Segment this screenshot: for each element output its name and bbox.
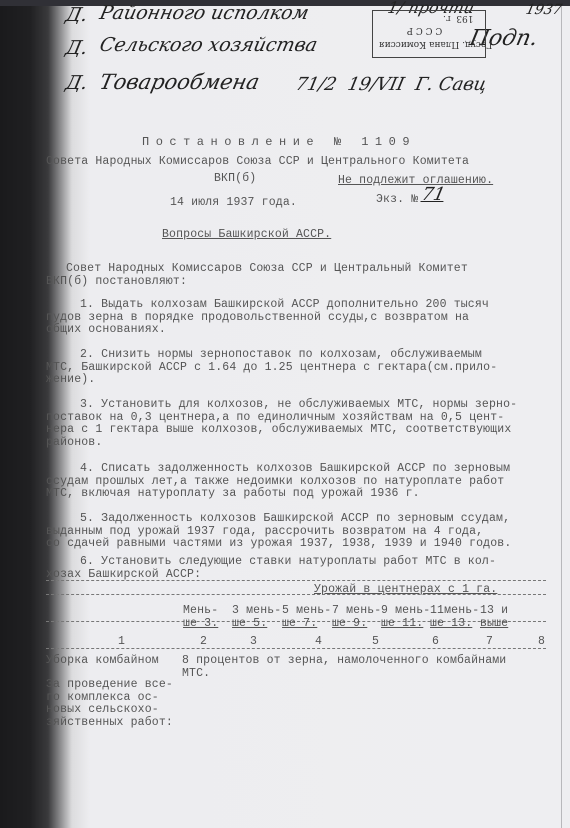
stamp-line-1: Госуд. Плана Комиссия <box>379 39 492 49</box>
registry-stamp: Госуд. Плана Комиссия С С С Р 193 г. <box>372 10 486 58</box>
stamp-line-3: 193 г. <box>443 13 473 23</box>
preamble-line-1: Совет Народных Комиссаров Союза ССР и Це… <box>66 262 468 276</box>
row-1-label-line-1: Уборка комбайном <box>46 654 159 668</box>
handwritten-year-mark: 1937 <box>524 2 563 18</box>
table-rule-top <box>46 580 546 581</box>
item-3-line-3: нера с 1 гектара выше колхозов, обслужив… <box>46 423 511 437</box>
column-number-1: 1 <box>118 635 125 649</box>
row-2-label-line-4: зяйственных работ: <box>46 716 173 730</box>
column-number-5: 5 <box>372 635 379 649</box>
preamble-line-2: ВКП(б) постановляют: <box>46 275 187 289</box>
column-header-top-5: 9 мень- <box>381 604 430 618</box>
document-date: 14 июля 1937 года. <box>170 196 297 210</box>
stamp-line-2: С С С Р <box>407 25 442 35</box>
page-right-edge <box>561 6 562 828</box>
issuer-line-2: ВКП(б) <box>214 172 256 186</box>
column-number-6: 6 <box>432 635 439 649</box>
issuer-line-1: Совета Народных Комиссаров Союза ССР и Ц… <box>46 155 469 169</box>
column-header-top-2: 3 мень- <box>232 604 281 618</box>
handwritten-prefix-2: Д. <box>64 37 90 59</box>
column-header-bottom-2: ше 5. <box>232 617 267 631</box>
column-header-top-6: 11мень- <box>430 604 479 618</box>
item-3-line-4: районов. <box>46 436 102 450</box>
column-header-bottom-3: ше 7. <box>282 617 317 631</box>
handwritten-line-2: Сельского хозяйства <box>98 34 320 56</box>
column-number-2: 2 <box>200 635 207 649</box>
document-title: Постановление № 1109 <box>142 135 416 149</box>
handwritten-line-1: Районного исполком <box>98 2 311 24</box>
column-header-top-4: 7 мень- <box>332 604 381 618</box>
item-1-line-3: общих основаниях. <box>46 323 166 337</box>
handwritten-prefix-3: Д. <box>64 72 90 94</box>
item-2-line-3: жение). <box>46 373 95 387</box>
column-number-7: 7 <box>486 635 493 649</box>
column-header-bottom-5: ше 11. <box>381 617 423 631</box>
column-header-bottom-6: ше 13. <box>430 617 472 631</box>
document-subject: Вопросы Башкирской АССР. <box>162 228 331 242</box>
item-5-line-3: со сдачей равными частями из урожая 1937… <box>46 537 511 551</box>
row-1-value-line-1: 8 процентов от зерна, намолоченного комб… <box>182 654 506 668</box>
column-header-top-7: 13 и <box>480 604 508 618</box>
item-4-line-3: МТС, включая натуроплату за работы под у… <box>46 487 420 501</box>
column-header-top-3: 5 мень- <box>282 604 331 618</box>
row-1-value-line-2: МТС. <box>182 667 210 681</box>
handwritten-routing-note: 71/2 19/VII Г. Савц <box>294 74 489 95</box>
copy-number: 71 <box>420 184 447 205</box>
handwritten-prefix-1: Д. <box>64 4 90 26</box>
item-2-line-2: МТС, Башкирской АССР с 1.64 до 1.25 цент… <box>46 361 497 375</box>
column-header-bottom-7: выше <box>480 617 508 631</box>
table-group-header: Урожай в центнерах с 1 га. <box>314 583 497 597</box>
column-header-bottom-4: ше 9. <box>332 617 367 631</box>
classification-mark: Не подлежит оглашению. <box>338 174 493 188</box>
column-number-4: 4 <box>315 635 322 649</box>
handwritten-line-3: Товарообмена <box>97 70 261 94</box>
column-number-3: 3 <box>250 635 257 649</box>
column-header-bottom-1: ше 3. <box>183 617 218 631</box>
column-number-8: 8 <box>538 635 545 649</box>
column-header-top-1: Мень- <box>183 604 218 618</box>
copy-label: Экз. № <box>376 193 418 207</box>
